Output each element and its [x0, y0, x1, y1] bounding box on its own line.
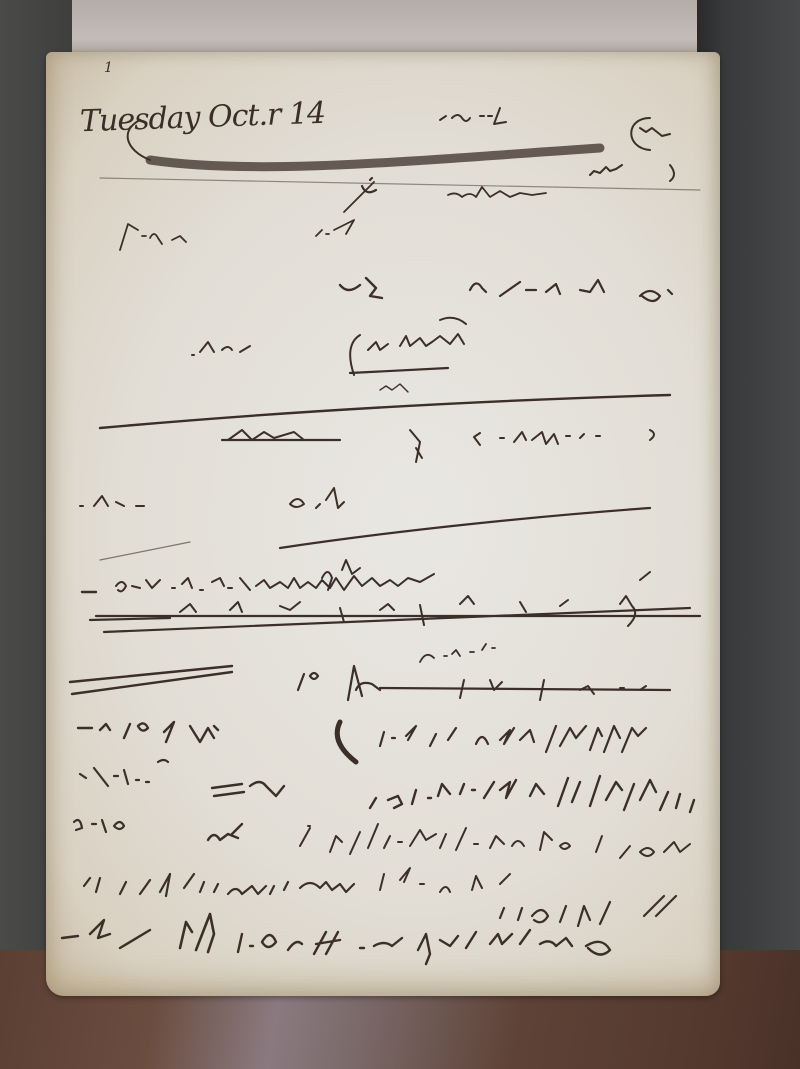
- ruled-line-2: [100, 395, 670, 428]
- handwritten-shorthand-ink: [0, 0, 800, 1069]
- ruled-line-3: [280, 508, 650, 548]
- strikethrough-double: [70, 666, 232, 694]
- heading-flourish-curl: [128, 120, 150, 160]
- margin-note-right: [590, 165, 674, 181]
- ruled-line-1: [100, 178, 700, 190]
- underline: [350, 368, 448, 373]
- thick-stroke: [337, 722, 356, 762]
- circled-note: [631, 118, 670, 150]
- heading-flourish-stroke: [150, 148, 600, 167]
- header-shorthand: [440, 108, 506, 124]
